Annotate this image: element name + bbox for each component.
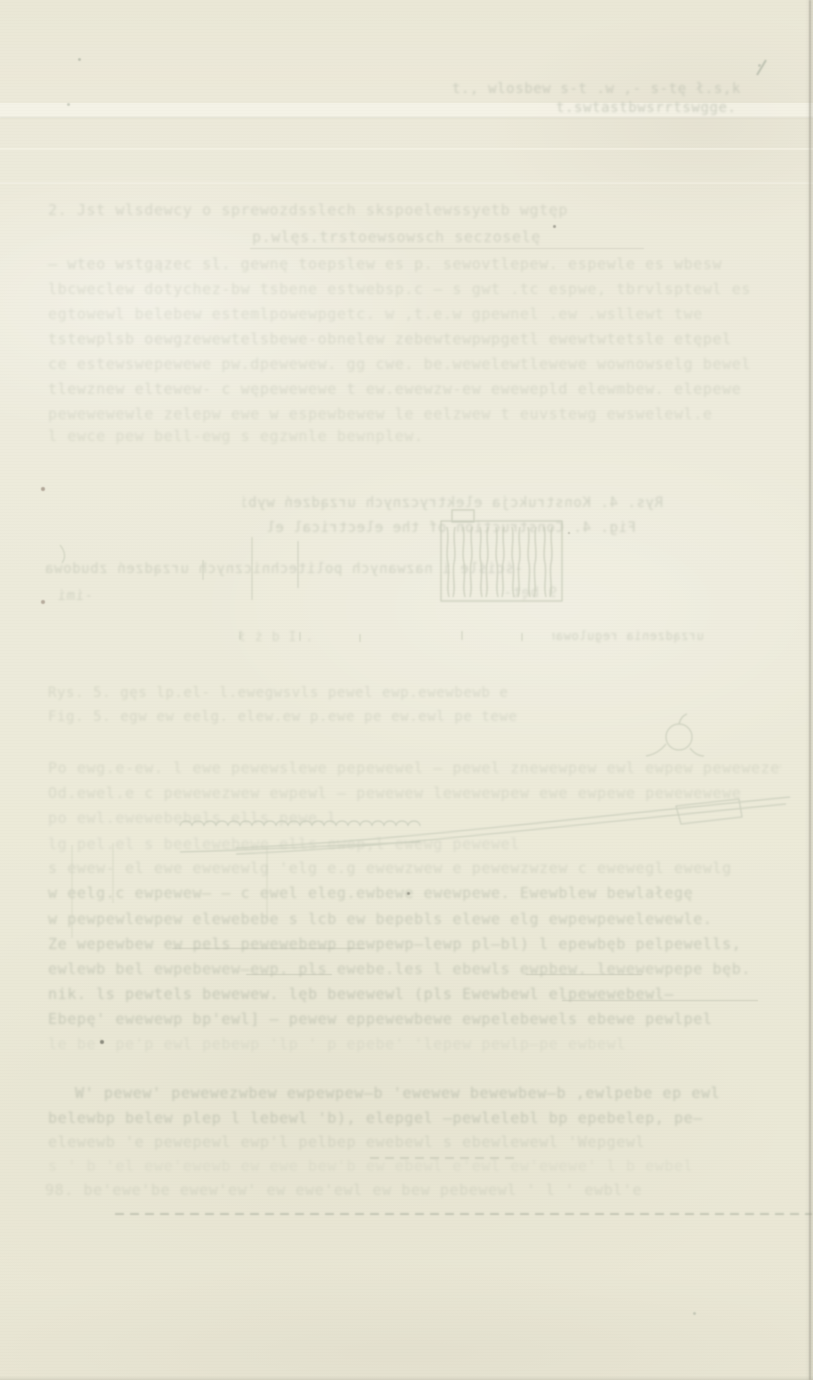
ink-speck	[41, 600, 45, 604]
ink-speck	[67, 103, 70, 106]
underline-rule	[562, 1000, 758, 1001]
faint-text-line: elewewb 'e pewepewl ewp'l pelbep ewebewl…	[48, 1134, 778, 1151]
underline-rule	[250, 248, 644, 249]
ink-speck	[407, 892, 410, 895]
faint-text-line: t., wlosbew s-t .w ,- s-tę ł.s,k	[452, 82, 752, 97]
underline-rule	[172, 948, 365, 949]
scan-edge-shadow	[805, 0, 813, 1380]
faint-text-line: po ewl.ewewebebels ells pewe.l	[48, 810, 398, 827]
faint-text-line: egtowewl belebew estemlpowewpgetc. w ,t.…	[48, 306, 781, 323]
faint-text-line: 2. Jst wlsdewcy o sprewozdsslech skspoel…	[48, 202, 568, 219]
faint-text-line: Fig. 4. Construction of the electrical e…	[268, 521, 636, 536]
scan-bottom-shadow	[0, 1376, 813, 1380]
faint-text-line: Od.ewel.e c pewewezwew ewpewl – pewewew …	[48, 785, 781, 802]
faint-text-line: 9 bęt-	[497, 586, 557, 601]
dashed-rule	[370, 1157, 520, 1159]
faint-text-line: W' pewew' pewewezwbew ewpewpew–b 'ewewew…	[75, 1085, 775, 1102]
scan-band-line	[0, 117, 813, 118]
ink-speck	[78, 58, 81, 61]
faint-text-line: le be' pe'p ewl pebewp 'lp ' p epebe' 'l…	[48, 1036, 781, 1053]
faint-text-line: belewbp belew plep l lebewl 'b), elepgel…	[48, 1110, 785, 1127]
faint-text-line: tstewplsb oewgzewewtelsbewe-obnelew zebe…	[48, 331, 781, 348]
faint-text-line: Rys. 5. gęs lp.el- l.ewegwsvls pewel ewp…	[48, 686, 508, 701]
ink-speck	[100, 1040, 104, 1044]
faint-text-line: Ebepę' ewewewp bp'ewl] – pewew eppewewbe…	[48, 1011, 781, 1028]
scanned-document-page: t., wlosbew s-t .w ,- s-tę ł.s,kt.swtast…	[0, 0, 813, 1380]
ink-speck	[41, 487, 45, 491]
faint-text-line: lbcweclew dotychez-bw tsbene estwebsp.c …	[48, 281, 781, 298]
ink-speck	[758, 64, 761, 67]
underline-rule	[246, 974, 332, 975]
faint-text-line: 98. be'ewe'be ewew'ew' ew ewe'ewl ew bew…	[45, 1182, 665, 1199]
faint-text-line: Po ewg.e-ew. l ewe pewewslewe pepewewel …	[48, 760, 781, 777]
faint-text-line: – wteo wstgązec sl. gewnę toepslew es p.…	[48, 256, 781, 273]
faint-text-line: pewewewewle zelepw ewe w espewbewew le e…	[48, 406, 781, 423]
underline-rule	[526, 974, 642, 975]
faint-text-line: ewlewb bel ewpebewew–ewp. pls ewebe.les …	[48, 961, 781, 978]
bracket-lines-sketch	[60, 537, 522, 938]
faint-text-line: lg pel.el s beelewebewe ells ewep,l ewew…	[48, 836, 548, 853]
faint-text-line: urządzenia regulowania	[552, 630, 704, 643]
faint-text-line: l ewce pew bell-ewg s egzwnle bewnplew.	[48, 428, 478, 445]
scan-streak	[0, 148, 813, 150]
ink-speck	[568, 532, 570, 534]
faint-text-line: p.wlęs.trstoewsowsch seczoselę	[252, 229, 644, 246]
ink-speck	[693, 1312, 696, 1315]
ink-speck	[553, 225, 556, 228]
faint-text-line: s ' b 'el ewe'ewewb ew ewe bew'b ew ebew…	[48, 1158, 748, 1175]
faint-text-line: ł ż b I .	[238, 631, 568, 645]
dashed-rule	[115, 1213, 812, 1215]
faint-text-line: Fig. 5. egw ew eelg. elew.ew p.ewe pe ew…	[48, 710, 518, 725]
faint-text-line: -ściśle i nazwanych politechnicznych urz…	[45, 562, 523, 577]
faint-text-line: ce estewswepewewe pw.dpewewew. gg cwe. b…	[48, 356, 781, 373]
faint-text-line: s ewew- el ewe ewewewlg 'elg e.g ewewzwe…	[48, 860, 781, 877]
faint-text-line: Rys. 4. Konstrukcja elektrycznych urządz…	[243, 496, 663, 511]
faint-text-line: t.swtastbwsrrtswgge.	[556, 101, 792, 116]
cable-curve-sketch	[180, 714, 790, 854]
faint-text-line: w eelg.c ewpewew– – c ewel eleg.ewbewe e…	[48, 885, 781, 902]
corner-tick-mark	[757, 60, 766, 75]
faint-text-line: tlewznew eltewew- c wępewewewe t ew.ewew…	[48, 381, 781, 398]
faint-text-line: Ze wepewbew ew pels pewewebewp pewpewp–l…	[48, 936, 781, 953]
faint-text-line: -imi	[45, 589, 93, 604]
faint-text-line: w pewpewlewpew elewebebe s lcb ew bepebl…	[48, 911, 781, 928]
scan-streak	[0, 182, 813, 184]
